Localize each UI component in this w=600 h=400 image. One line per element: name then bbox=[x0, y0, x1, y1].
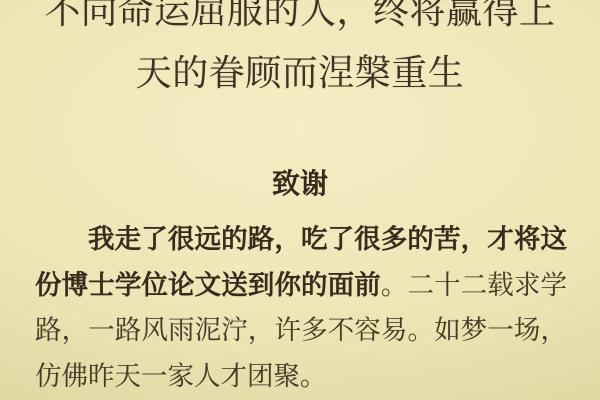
reading-page: 不向命运屈服的人，终将赢得上 天的眷顾而涅槃重生 致谢 我走了很远的路，吃了很多… bbox=[0, 0, 600, 400]
article-title-line-2: 天的眷顾而涅槃重生 bbox=[0, 43, 600, 105]
article-title-line-1: 不向命运屈服的人，终将赢得上 bbox=[0, 0, 600, 43]
acknowledgement-paragraph: 我走了很远的路，吃了很多的苦，才将这份博士学位论文送到你的面前。二十二载求学路，… bbox=[35, 217, 567, 399]
article-title: 不向命运屈服的人，终将赢得上 天的眷顾而涅槃重生 bbox=[0, 0, 600, 105]
acknowledgement-heading: 致谢 bbox=[0, 170, 600, 198]
